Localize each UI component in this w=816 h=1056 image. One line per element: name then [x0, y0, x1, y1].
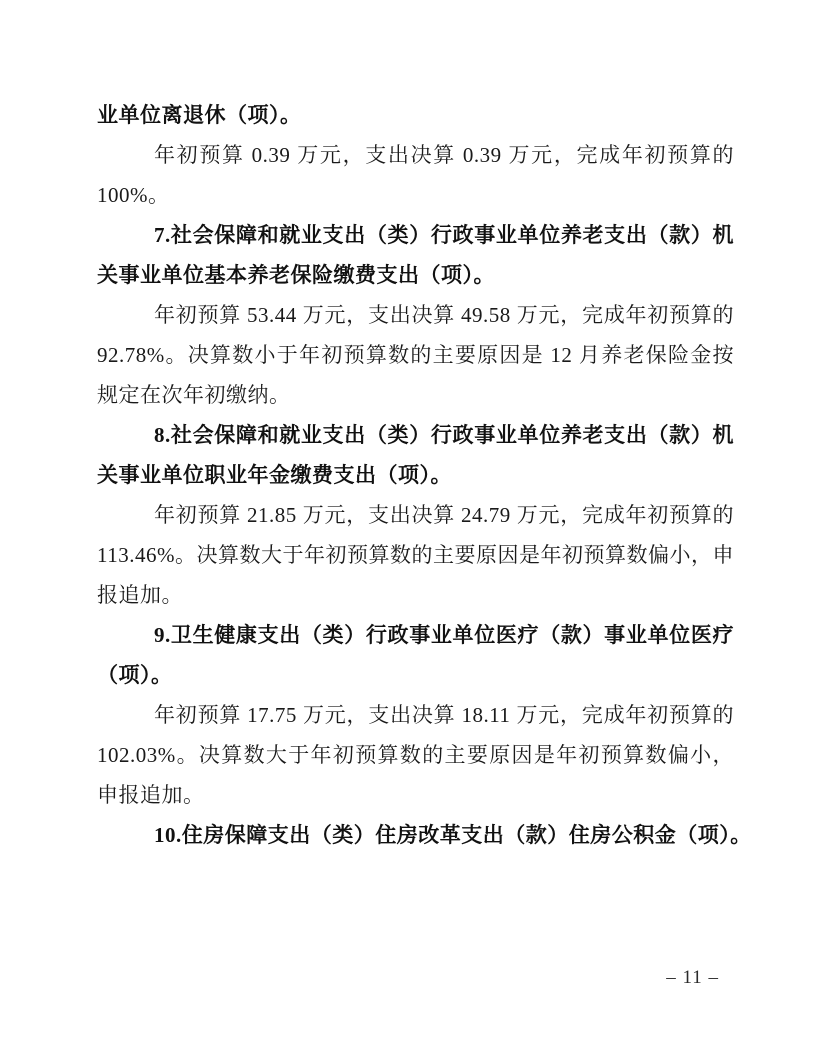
page-number: – 11 –	[666, 967, 719, 989]
heading-section-9: 9.卫生健康支出（类）行政事业单位医疗（款）事业单位医疗（项）。	[97, 615, 734, 695]
para-section-8-detail: 年初预算 21.85 万元，支出决算 24.79 万元，完成年初预算的113.4…	[97, 495, 734, 615]
document-page: 业单位离退休（项）。 年初预算 0.39 万元，支出决算 0.39 万元，完成年…	[0, 0, 816, 1056]
heading-section-7: 7.社会保障和就业支出（类）行政事业单位养老支出（款）机关事业单位基本养老保险缴…	[97, 215, 734, 295]
document-body: 业单位离退休（项）。 年初预算 0.39 万元，支出决算 0.39 万元，完成年…	[97, 95, 734, 855]
para-section-7-detail: 年初预算 53.44 万元，支出决算 49.58 万元，完成年初预算的92.78…	[97, 295, 734, 415]
heading-section-10: 10.住房保障支出（类）住房改革支出（款）住房公积金（项）。	[97, 815, 734, 855]
para-budget-detail-1: 年初预算 0.39 万元，支出决算 0.39 万元，完成年初预算的100%。	[97, 135, 734, 215]
para-section-9-detail: 年初预算 17.75 万元，支出决算 18.11 万元，完成年初预算的102.0…	[97, 695, 734, 815]
heading-section-8: 8.社会保障和就业支出（类）行政事业单位养老支出（款）机关事业单位职业年金缴费支…	[97, 415, 734, 495]
heading-continuation-retirement: 业单位离退休（项）。	[97, 95, 734, 135]
